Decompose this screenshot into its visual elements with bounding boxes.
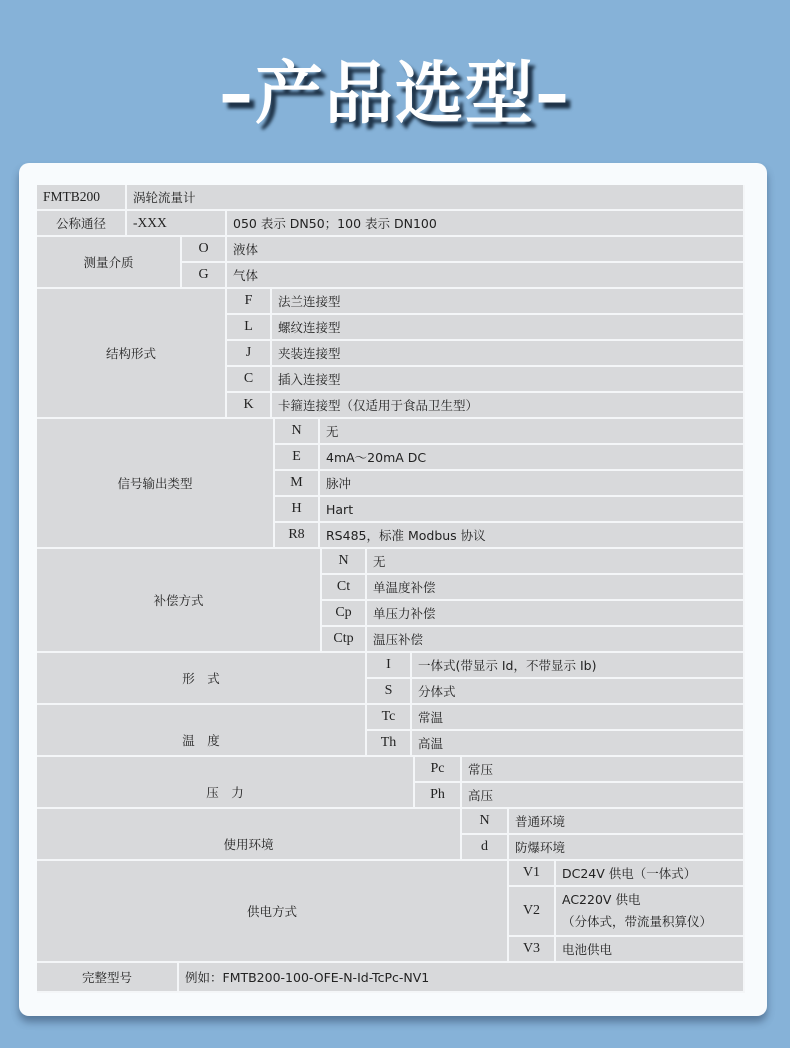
option-code: N	[322, 549, 367, 575]
option-desc: Hart	[320, 497, 745, 523]
option-code: V2	[509, 887, 556, 937]
selection-card: FMTB200 涡轮流量计 公称通径 -XXX 050 表示 DN50；100 …	[19, 163, 767, 1016]
option-desc: DC24V 供电（一体式）	[556, 861, 745, 887]
option-desc: 一体式(带显示 Id，不带显示 Ib)	[412, 653, 745, 679]
option-desc: 无	[320, 419, 745, 445]
option-desc: 分体式	[412, 679, 745, 705]
section-label-medium: 测量介质	[37, 237, 182, 289]
option-code: S	[367, 679, 412, 705]
option-code: M	[275, 471, 320, 497]
option-code: Ctp	[322, 627, 367, 653]
option-desc: 常压	[462, 757, 745, 783]
option-code: N	[275, 419, 320, 445]
option-desc: 夹装连接型	[272, 341, 745, 367]
option-code: V1	[509, 861, 556, 887]
option-desc: 单温度补偿	[367, 575, 745, 601]
section-label-temperature: 温 度	[37, 705, 367, 757]
option-desc: 普通环境	[509, 809, 745, 835]
option-code: Pc	[415, 757, 462, 783]
option-code: O	[182, 237, 227, 263]
full-model-label: 完整型号	[37, 963, 179, 993]
option-code: I	[367, 653, 412, 679]
option-desc: 温压补偿	[367, 627, 745, 653]
nominal-diameter-label: 公称通径	[37, 211, 127, 237]
option-code: E	[275, 445, 320, 471]
section-label-power: 供电方式	[37, 861, 509, 963]
option-code: H	[275, 497, 320, 523]
section-label-pressure: 压 力	[37, 757, 415, 809]
option-desc: RS485，标准 Modbus 协议	[320, 523, 745, 549]
full-model-example: 例如：FMTB200-100-OFE-N-Id-TcPc-NV1	[179, 963, 745, 993]
option-desc: 单压力补偿	[367, 601, 745, 627]
section-label-environment: 使用环境	[37, 809, 462, 861]
option-code: d	[462, 835, 509, 861]
option-desc: 电池供电	[556, 937, 745, 963]
nominal-diameter-desc: 050 表示 DN50；100 表示 DN100	[227, 211, 745, 237]
option-desc-line1: AC220V 供电	[562, 889, 640, 911]
option-code: F	[227, 289, 272, 315]
option-code: Th	[367, 731, 412, 757]
option-code: V3	[509, 937, 556, 963]
option-desc: AC220V 供电 （分体式，带流量积算仪）	[556, 887, 745, 937]
option-code: Cp	[322, 601, 367, 627]
section-label-compensation: 补偿方式	[37, 549, 322, 653]
option-code: J	[227, 341, 272, 367]
option-desc: 卡箍连接型（仅适用于食品卫生型）	[272, 393, 745, 419]
option-desc: 防爆环境	[509, 835, 745, 861]
option-code: N	[462, 809, 509, 835]
section-label-signal: 信号输出类型	[37, 419, 275, 549]
option-desc: 高温	[412, 731, 745, 757]
model-cell: FMTB200	[37, 185, 127, 211]
option-code: Ph	[415, 783, 462, 809]
option-code: Ct	[322, 575, 367, 601]
section-label-form: 形 式	[37, 653, 367, 705]
option-desc: 常温	[412, 705, 745, 731]
option-code: R8	[275, 523, 320, 549]
option-desc: 液体	[227, 237, 745, 263]
option-code: Tc	[367, 705, 412, 731]
option-desc: 高压	[462, 783, 745, 809]
option-desc: 法兰连接型	[272, 289, 745, 315]
option-desc: 脉冲	[320, 471, 745, 497]
section-label-structure: 结构形式	[37, 289, 227, 419]
page-title: –产品选型–	[0, 40, 790, 137]
option-code: K	[227, 393, 272, 419]
product-name-cell: 涡轮流量计	[127, 185, 745, 211]
option-desc: 插入连接型	[272, 367, 745, 393]
option-desc: 螺纹连接型	[272, 315, 745, 341]
option-code: C	[227, 367, 272, 393]
option-code: L	[227, 315, 272, 341]
option-desc: 无	[367, 549, 745, 575]
nominal-diameter-code: -XXX	[127, 211, 227, 237]
option-desc-line2: （分体式，带流量积算仪）	[562, 911, 712, 933]
option-desc: 气体	[227, 263, 745, 289]
option-desc: 4mA～20mA DC	[320, 445, 745, 471]
option-code: G	[182, 263, 227, 289]
